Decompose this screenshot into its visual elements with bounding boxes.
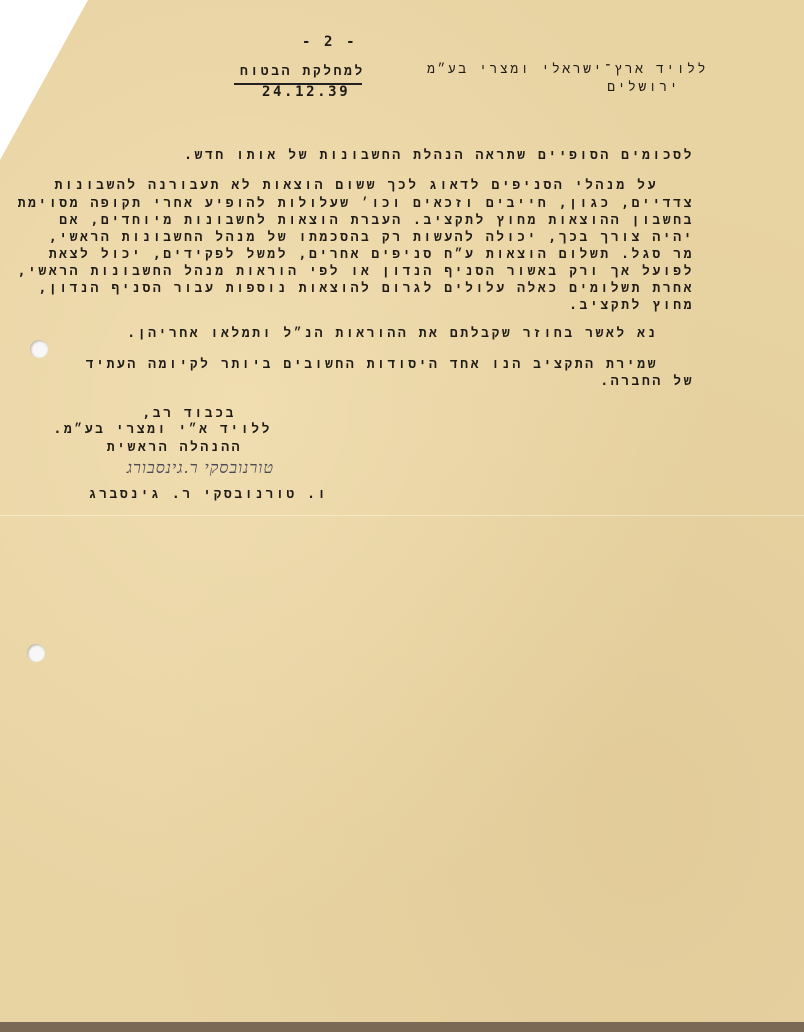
- closing-management: ההנהלה הראשית: [107, 440, 242, 455]
- paragraph2: נא לאשר בחוזר שקבלתם את ההוראות הנ״ל ותמ…: [127, 326, 658, 341]
- paragraph1-line8: מחוץ לתקציב.: [569, 298, 694, 313]
- closing-company: ללויד א״י ומצרי בע״מ.: [53, 422, 272, 437]
- opening-line: לסכומים הסופיים שתראה הנהלת החשבונות של …: [184, 148, 694, 163]
- paragraph1-line7: אחרת תשלומים כאלה עלולים לגרום להוצאות נ…: [38, 281, 694, 296]
- punch-hole-top: [30, 340, 48, 358]
- recipient-department: למחלקת הבטוח: [240, 64, 365, 79]
- paragraph1-line5: מר סגל. תשלום הוצאות ע״ח סניפים אחרים, ל…: [49, 247, 694, 262]
- paragraph1-line2: צדדיים, כגון, חייבים וזכאים וכו׳ שעלולות…: [18, 196, 694, 211]
- paragraph1-line4: יהיה צורך בכך, יכולה להעשות רק בהסכמתו ש…: [49, 230, 694, 245]
- closing-salutation: בכבוד רב,: [142, 406, 236, 421]
- paragraph3-line1: שמירת התקציב הנו אחד היסודות החשובים ביו…: [86, 357, 658, 372]
- scan-bottom-edge: [0, 1022, 804, 1032]
- paragraph1-line1: על מנהלי הסניפים לדאוג לכך ששום הוצאות ל…: [54, 178, 658, 193]
- letter-date: 24.12.39: [262, 84, 350, 100]
- paper-fold: [0, 515, 804, 516]
- letterhead-company: ללויד ארץ־ישראלי ומצרי בע״מ: [427, 62, 708, 77]
- signatory-names: ו. טורנובסקי ר. גינסברג: [89, 487, 328, 502]
- letter-paper: - 2 - ללויד ארץ־ישראלי ומצרי בע״מ ירושלי…: [0, 0, 804, 1022]
- paragraph1-line6: לפועל אך ורק באשור הסניף הנדון או לפי הו…: [18, 264, 694, 279]
- paragraph1-line3: בחשבון ההוצאות מחוץ לתקציב. העברת הוצאות…: [59, 213, 694, 228]
- punch-hole-bottom: [27, 644, 45, 662]
- page-number: - 2 -: [302, 34, 357, 50]
- handwritten-signatures: טורנובסקי ר.גינסבורג: [127, 458, 274, 478]
- paragraph3-line2: של החברה.: [600, 374, 694, 389]
- letterhead-city: ירושלים: [607, 80, 680, 95]
